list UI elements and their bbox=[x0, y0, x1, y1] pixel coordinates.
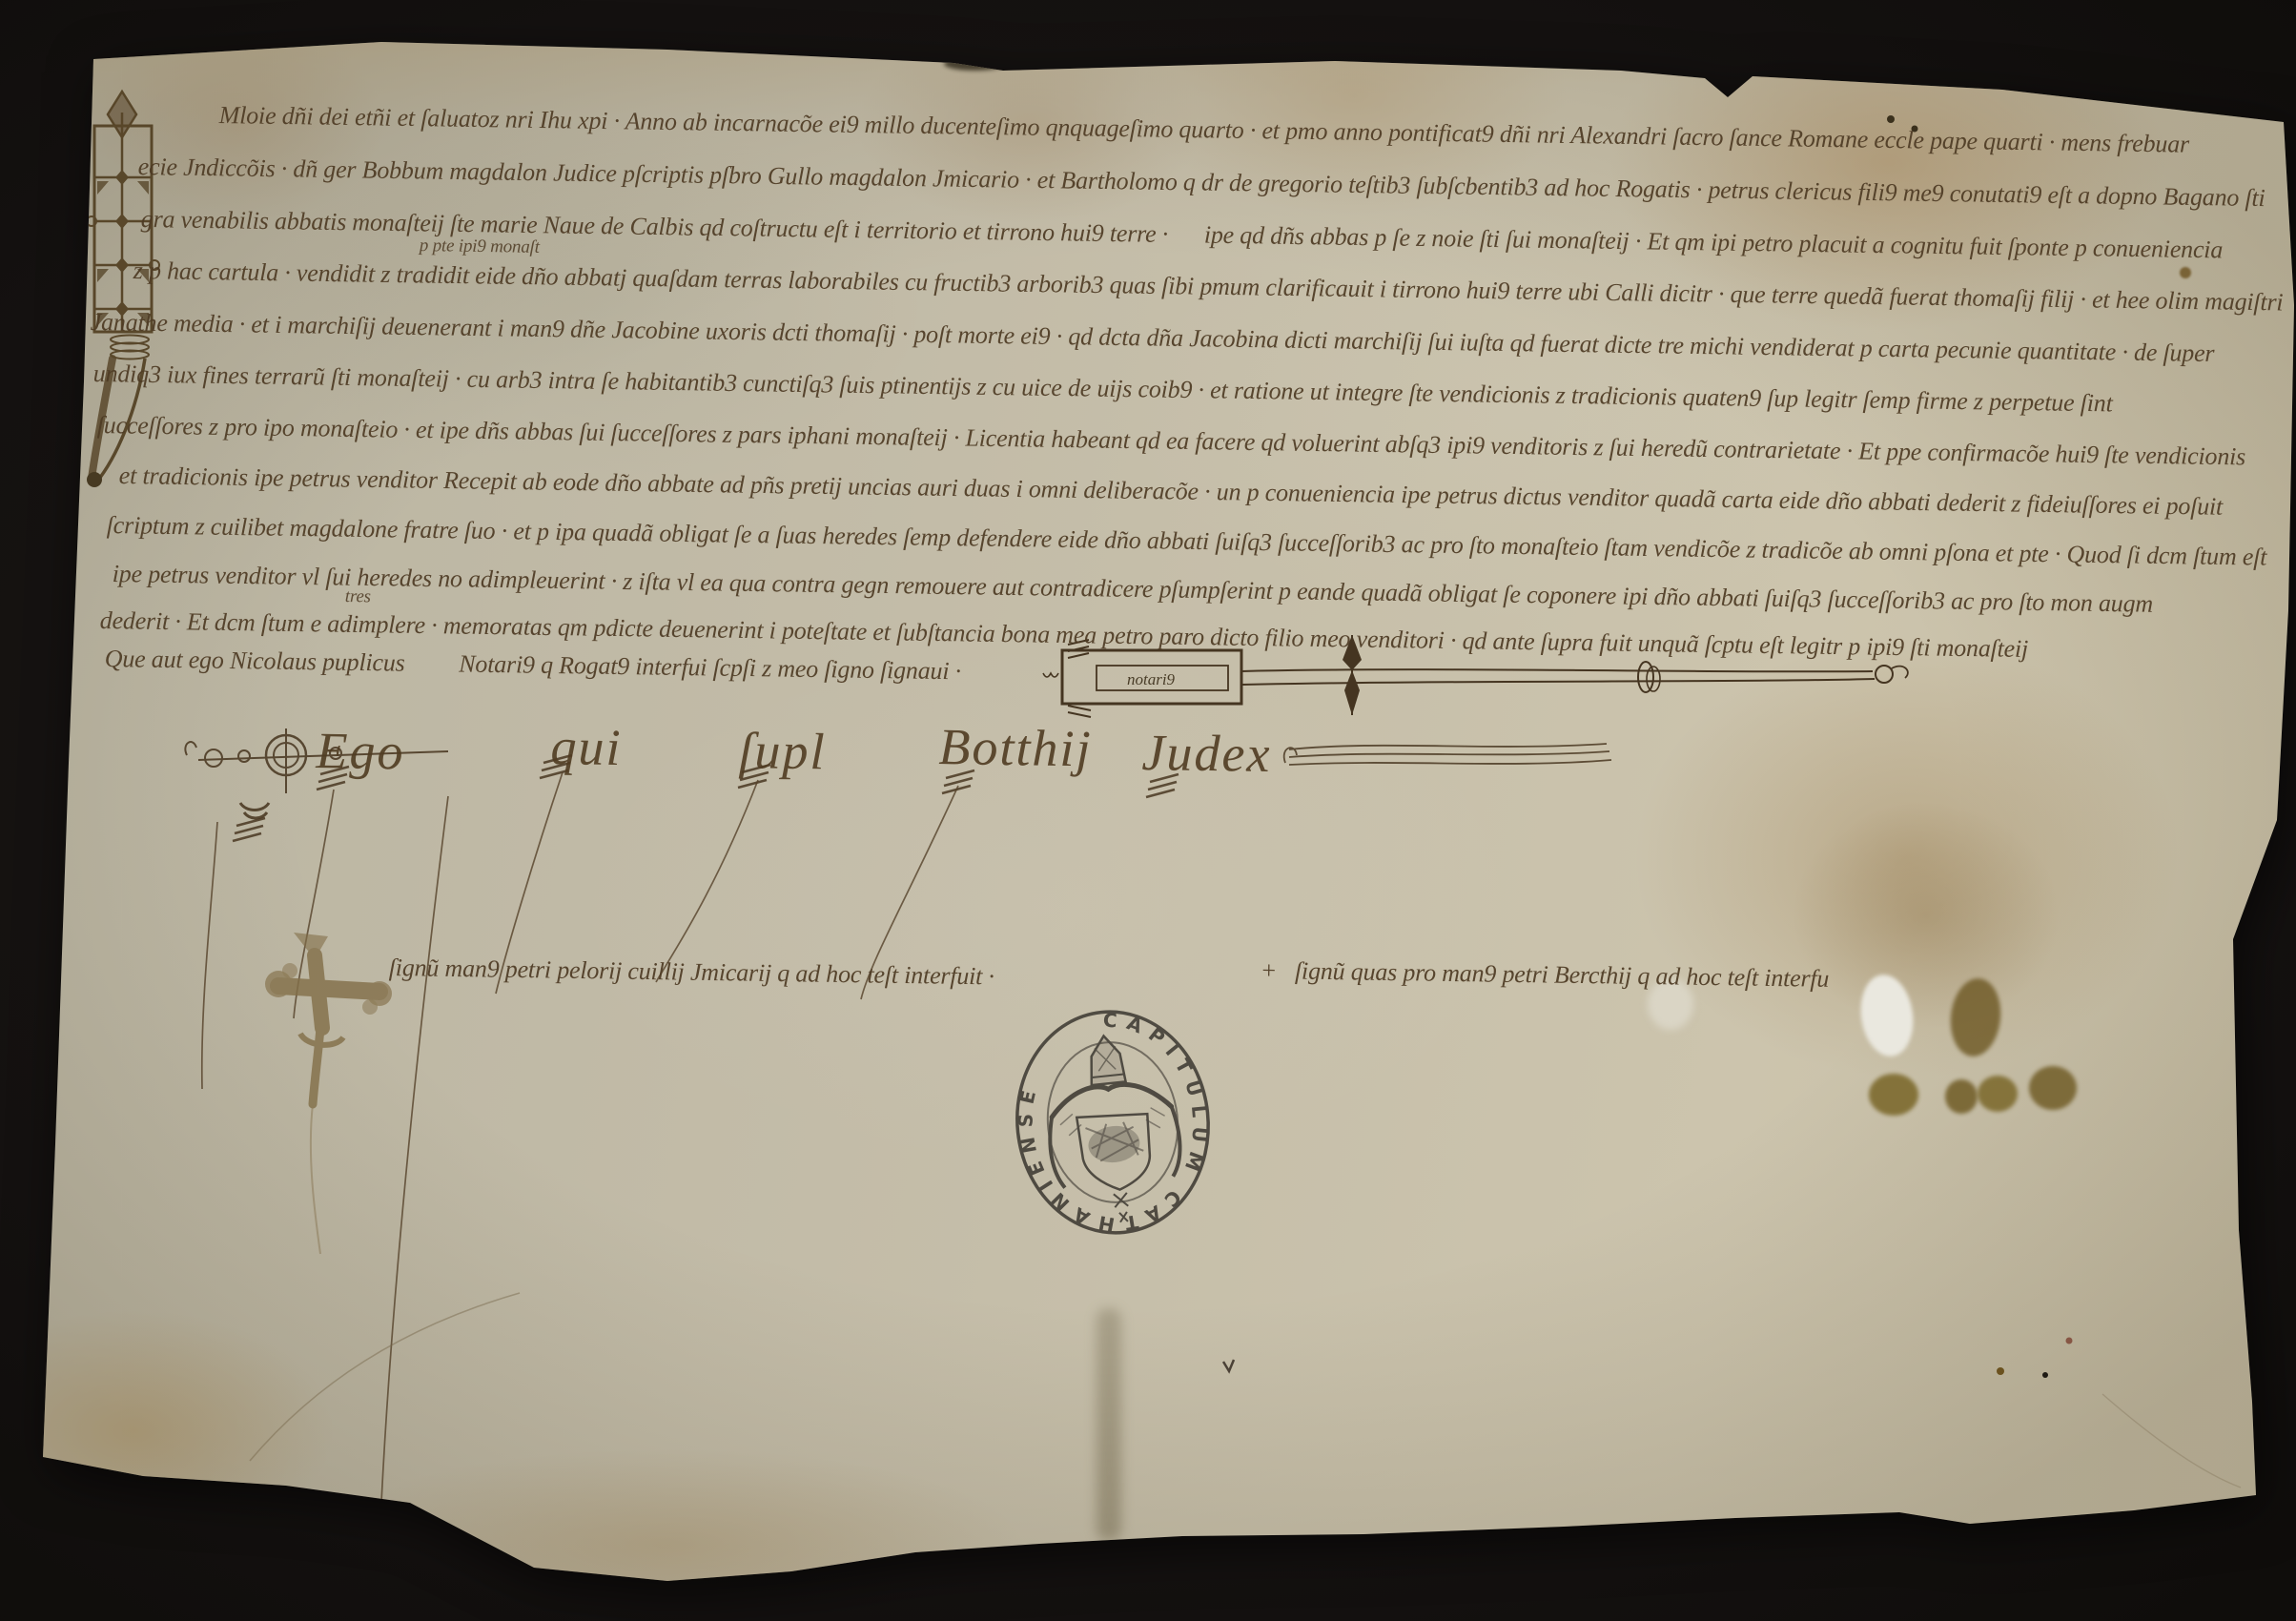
signature-token-judex: Judex bbox=[1141, 723, 1272, 784]
parchment-surface: notari9 bbox=[0, 0, 2296, 1621]
ruche-box-text: notari9 bbox=[1127, 670, 1176, 688]
witness-cross-icon bbox=[265, 933, 392, 1254]
seal-legend: CAPITULUM CATHANIENSE bbox=[1002, 998, 1222, 1246]
judex-terminal-flourish bbox=[1284, 744, 1611, 765]
signature-token-qui: qui bbox=[550, 717, 623, 777]
signature-descender-flourishes bbox=[202, 772, 958, 1502]
seal-shield bbox=[1076, 1110, 1155, 1193]
chapter-stamp: CAPITULUM CATHANIENSE bbox=[1002, 998, 1222, 1246]
background-fibers bbox=[1966, 1526, 2140, 1610]
interlinear-addition-1: p pte ipi9 monaſt bbox=[420, 236, 540, 258]
signature-token-ego: Ego bbox=[316, 721, 405, 781]
interlinear-addition-2: tres bbox=[345, 586, 371, 607]
parchment-sheet: notari9 bbox=[0, 0, 2296, 1621]
signature-token-name: Botthij bbox=[938, 717, 1093, 778]
signature-token-supra: ſupl bbox=[738, 721, 827, 781]
photo-background: notari9 bbox=[0, 0, 2296, 1621]
seal-mitre-icon bbox=[1087, 1035, 1126, 1085]
